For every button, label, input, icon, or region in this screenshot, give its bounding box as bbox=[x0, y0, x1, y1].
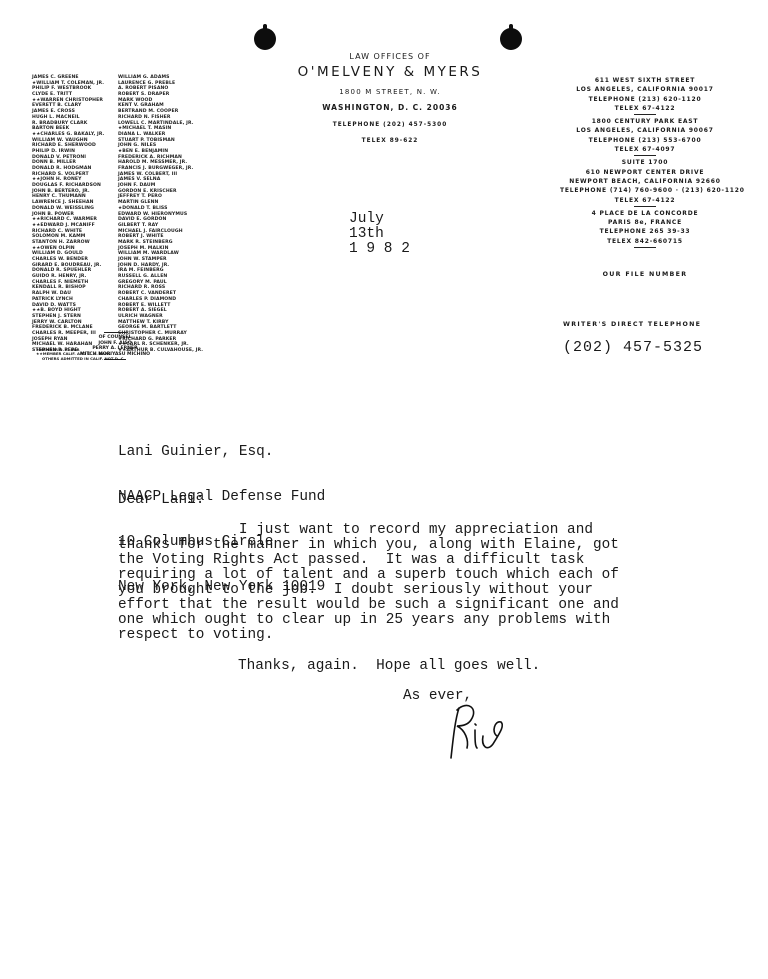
office-line: 1800 CENTURY PARK EAST bbox=[560, 117, 730, 126]
body-line: you brought to the job. I doubt seriousl… bbox=[118, 583, 619, 598]
partner-name: ★★CHARLES G. BAKALY, JR. bbox=[32, 132, 104, 138]
firm-name: O'MELVENY & MYERS bbox=[250, 64, 530, 80]
body-line: one which ought to clear up in 25 years … bbox=[118, 613, 619, 628]
office-line: LOS ANGELES, CALIFORNIA 90067 bbox=[560, 126, 730, 135]
office-line: 611 WEST SIXTH STREET bbox=[560, 76, 730, 85]
date-day: 13th bbox=[349, 227, 410, 242]
bar-membership-footnotes: ★MEMBER D. C. BAR ★★MEMBER CALIF. AND D.… bbox=[36, 348, 125, 361]
partner-name: LAWRENCE J. SHEEHAN bbox=[32, 200, 104, 206]
partner-name: FRANCIS J. BURGWEGER, JR. bbox=[118, 166, 203, 172]
office-line: LOS ANGELES, CALIFORNIA 90017 bbox=[560, 85, 730, 94]
office-line: TELEPHONE (213) 553-6700 bbox=[560, 136, 730, 145]
writers-direct-phone: (202) 457-5325 bbox=[563, 339, 703, 356]
office-line: 4 PLACE DE LA CONCORDE bbox=[560, 209, 730, 218]
law-offices-of: LAW OFFICES OF bbox=[250, 52, 530, 61]
office-line: TELEPHONE (714) 760-9600 · (213) 620-112… bbox=[560, 186, 730, 195]
body-line: I just want to record my appreciation an… bbox=[118, 523, 619, 538]
letter-body: I just want to record my appreciation an… bbox=[118, 523, 619, 643]
letterhead: LAW OFFICES OF O'MELVENY & MYERS 1800 M … bbox=[250, 52, 530, 144]
signature: Bill bbox=[445, 700, 515, 762]
office-line: TELEPHONE 265 39-33 bbox=[560, 227, 730, 236]
divider bbox=[104, 332, 126, 333]
city-address: WASHINGTON, D. C. 20036 bbox=[250, 103, 530, 112]
office-divider bbox=[634, 247, 656, 248]
street-address: 1800 M STREET, N. W. bbox=[250, 88, 530, 96]
office-divider bbox=[634, 114, 656, 115]
closing-line: Thanks, again. Hope all goes well. bbox=[238, 659, 540, 674]
body-line: thanks for the manner in which you, alon… bbox=[118, 538, 619, 553]
office-divider bbox=[634, 155, 656, 156]
file-number-label: OUR FILE NUMBER bbox=[560, 271, 730, 278]
body-line: effort that the result would be such a s… bbox=[118, 598, 619, 613]
office-line: PARIS 8e, FRANCE bbox=[560, 218, 730, 227]
binder-hole-right bbox=[500, 28, 522, 50]
partner-list-column-2: WILLIAM G. ADAMSLAURENCE G. PREBLEA. ROB… bbox=[118, 75, 203, 354]
firm-telephone: TELEPHONE (202) 457-5300 bbox=[250, 122, 530, 128]
binder-hole-left bbox=[254, 28, 276, 50]
office-line: NEWPORT BEACH, CALIFORNIA 92660 bbox=[560, 177, 730, 186]
firm-telex: TELEX 89-622 bbox=[250, 138, 530, 144]
salutation: Dear Lani: bbox=[118, 493, 204, 508]
writers-direct-label: WRITER'S DIRECT TELEPHONE bbox=[563, 321, 701, 328]
office-line: TELEX 67-4097 bbox=[560, 145, 730, 154]
partner-name: DONALD W. WEISSLING bbox=[32, 206, 104, 212]
letter-date: July 13th 1 9 8 2 bbox=[349, 212, 410, 257]
body-line: respect to voting. bbox=[118, 628, 619, 643]
office-line: TELEX 842-660715 bbox=[560, 237, 730, 246]
date-month: July bbox=[349, 212, 410, 227]
office-line: SUITE 1700 bbox=[560, 158, 730, 167]
office-addresses: 611 WEST SIXTH STREETLOS ANGELES, CALIFO… bbox=[560, 76, 730, 250]
office-line: TELEX 67-4122 bbox=[560, 196, 730, 205]
office-line: TELEX 67-4122 bbox=[560, 104, 730, 113]
footnote: OTHERS ADMITTED IN CALIF. NOT D. C. bbox=[36, 357, 125, 361]
partner-name: ★★EDWARD J. MCANIFF bbox=[32, 223, 104, 229]
office-line: 610 NEWPORT CENTER DRIVE bbox=[560, 168, 730, 177]
partner-list-column-1: JAMES C. GREENE★WILLIAM T. COLEMAN, JR.P… bbox=[32, 75, 104, 354]
recipient-line: Lani Guinier, Esq. bbox=[118, 445, 325, 460]
office-line: TELEPHONE (213) 620-1120 bbox=[560, 95, 730, 104]
office-divider bbox=[634, 206, 656, 207]
body-line: requiring a lot of talent and a superb t… bbox=[118, 568, 619, 583]
body-line: the Voting Rights Act passed. It was a d… bbox=[118, 553, 619, 568]
date-year: 1 9 8 2 bbox=[349, 242, 410, 257]
partner-name: DOUGLAS F. RICHARDSON bbox=[32, 183, 104, 189]
